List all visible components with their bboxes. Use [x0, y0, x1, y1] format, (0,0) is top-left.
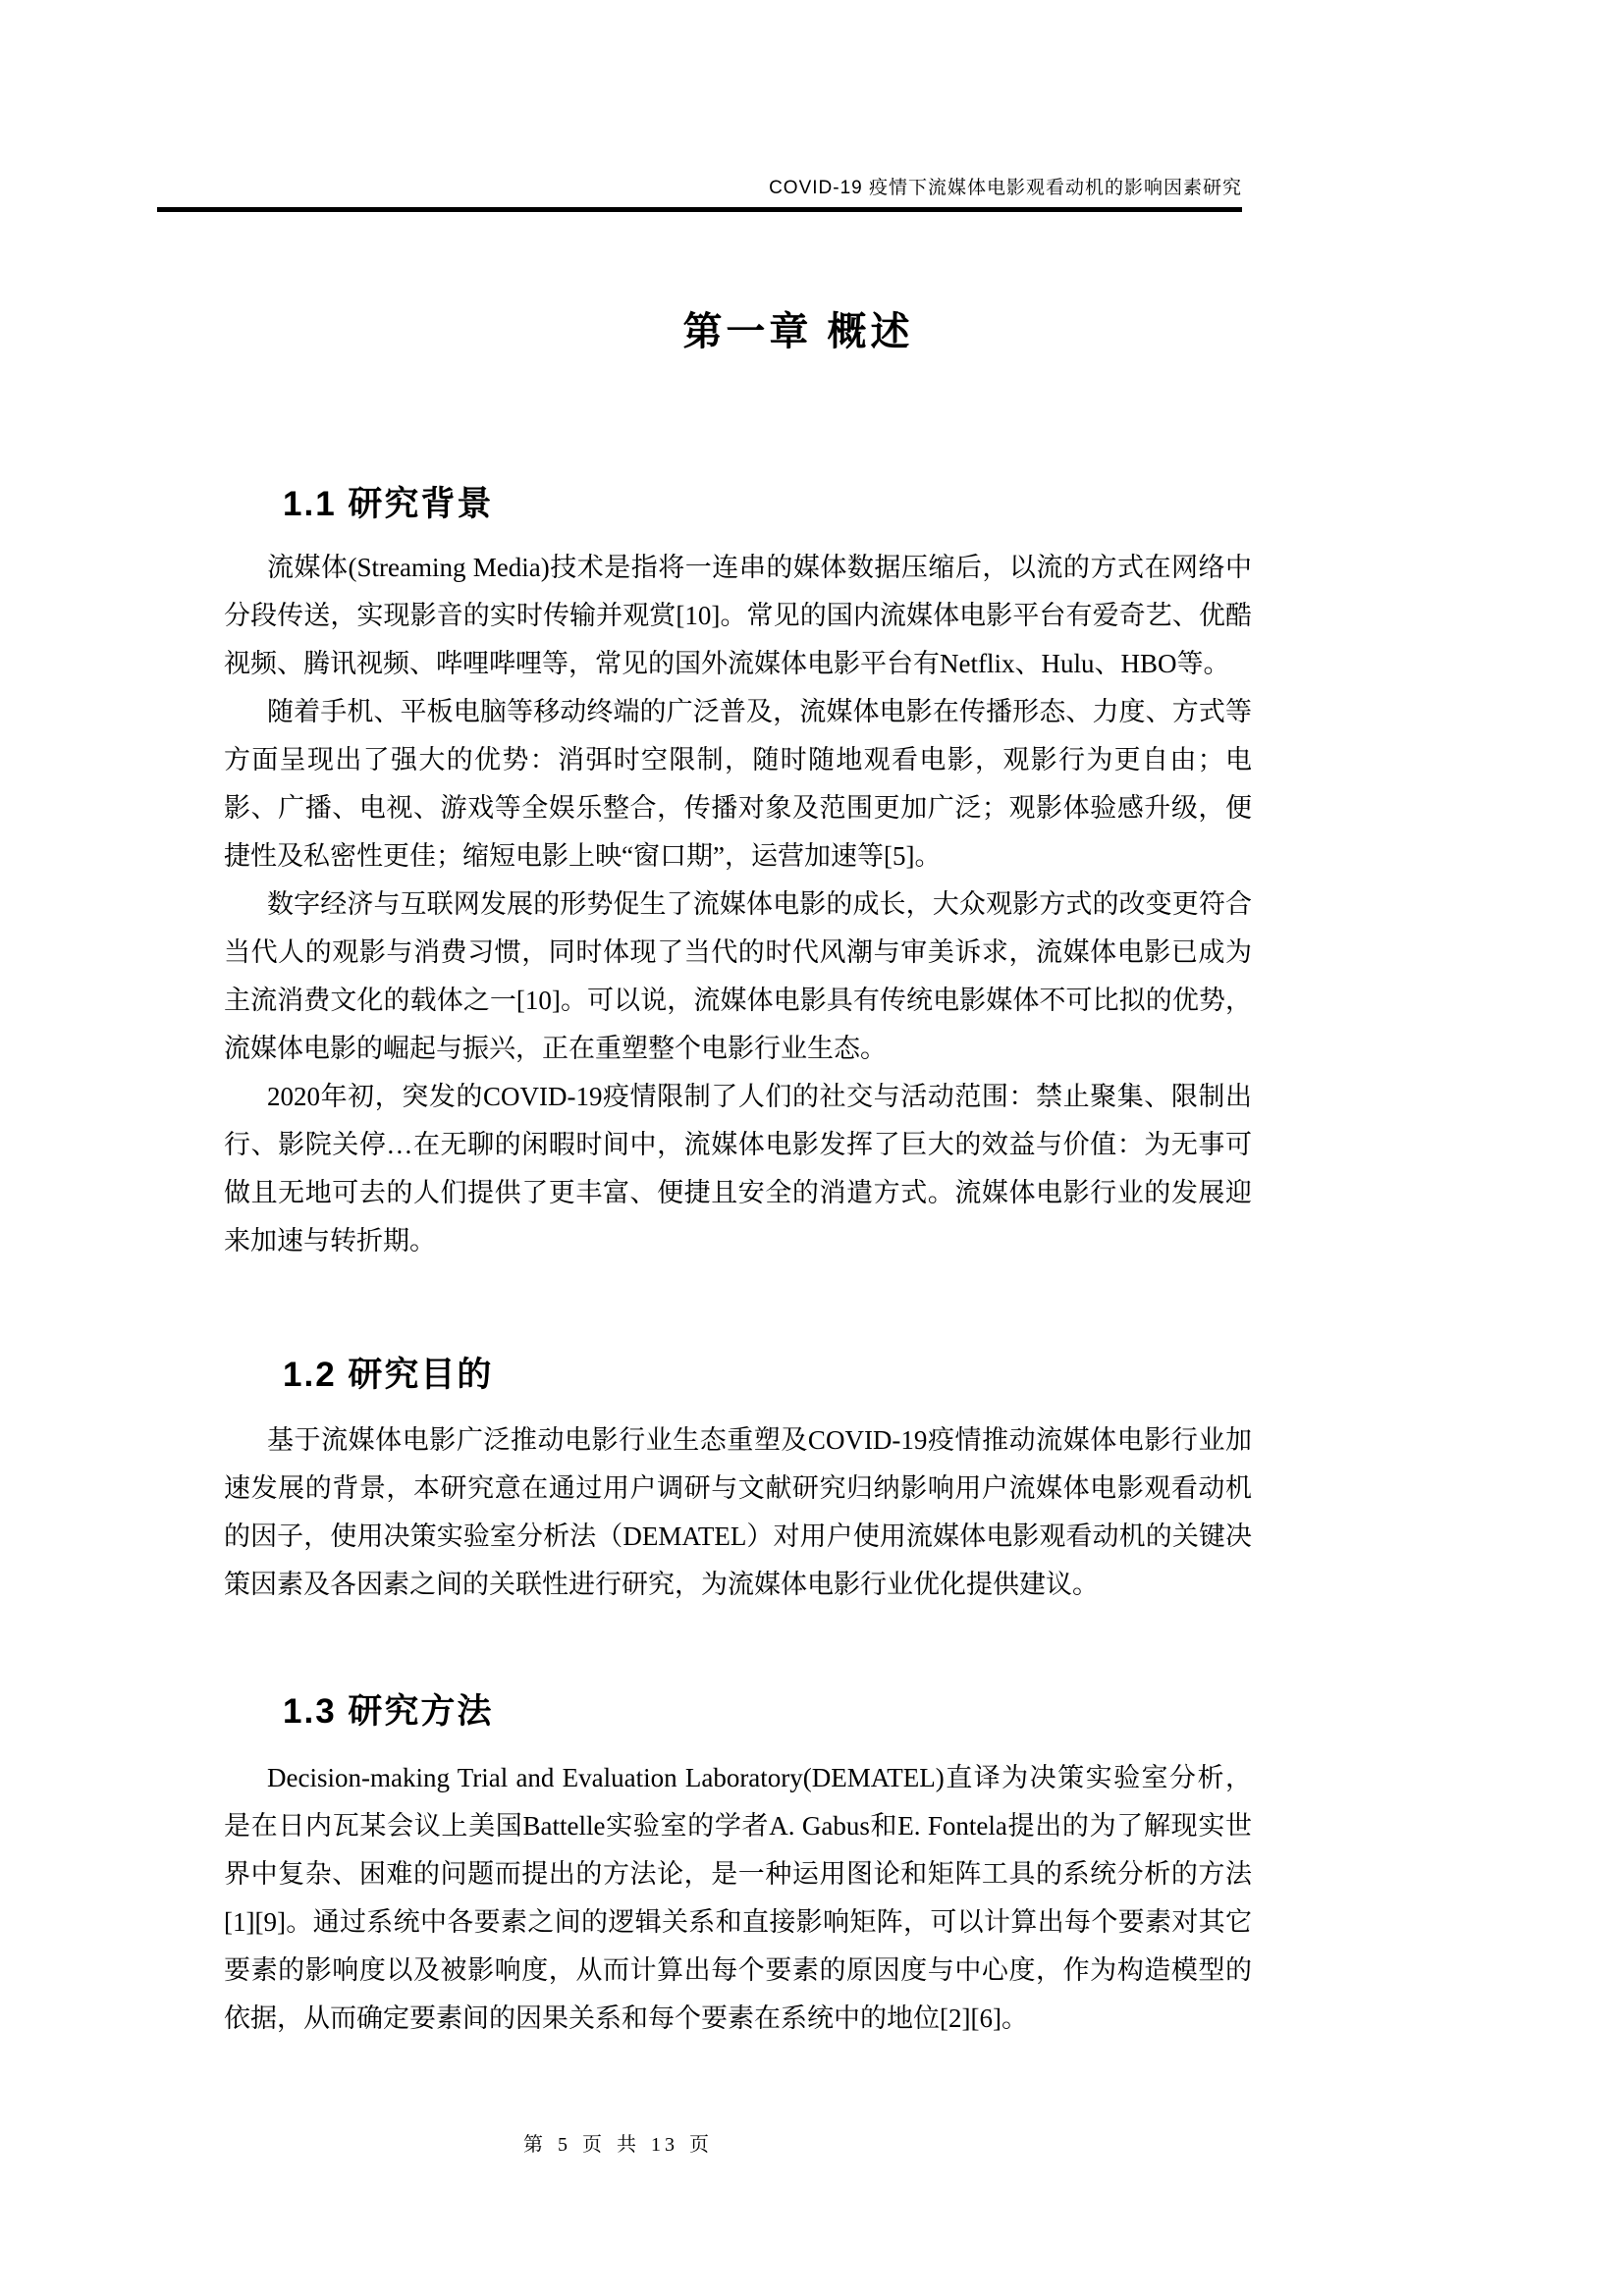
paragraph: 数字经济与互联网发展的形势促生了流媒体电影的成长，大众观影方式的改变更符合当代人…: [224, 881, 1252, 1073]
paragraph: 随着手机、平板电脑等移动终端的广泛普及，流媒体电影在传播形态、力度、方式等方面呈…: [224, 688, 1252, 881]
paragraph: 基于流媒体电影广泛推动电影行业生态重塑及COVID-19疫情推动流媒体电影行业加…: [224, 1416, 1252, 1609]
paragraph: 流媒体(Streaming Media)技术是指将一连串的媒体数据压缩后，以流的…: [224, 544, 1252, 688]
page-number-footer: 第 5 页 共 13 页: [523, 2128, 713, 2157]
paragraph: Decision-making Trial and Evaluation Lab…: [224, 1754, 1252, 2043]
section-heading-1-3: 1.3 研究方法: [283, 1691, 1252, 1733]
section-heading-1-2: 1.2 研究目的: [283, 1355, 1252, 1396]
paragraph: 2020年初，突发的COVID-19疫情限制了人们的社交与活动范围：禁止聚集、限…: [224, 1073, 1252, 1265]
section-heading-1-1: 1.1 研究背景: [283, 484, 1252, 525]
content-column: 1.1 研究背景 流媒体(Streaming Media)技术是指将一连串的媒体…: [224, 0, 1252, 2043]
document-page: COVID-19 疫情下流媒体电影观看动机的影响因素研究 第一章 概述 1.1 …: [0, 0, 1624, 2296]
